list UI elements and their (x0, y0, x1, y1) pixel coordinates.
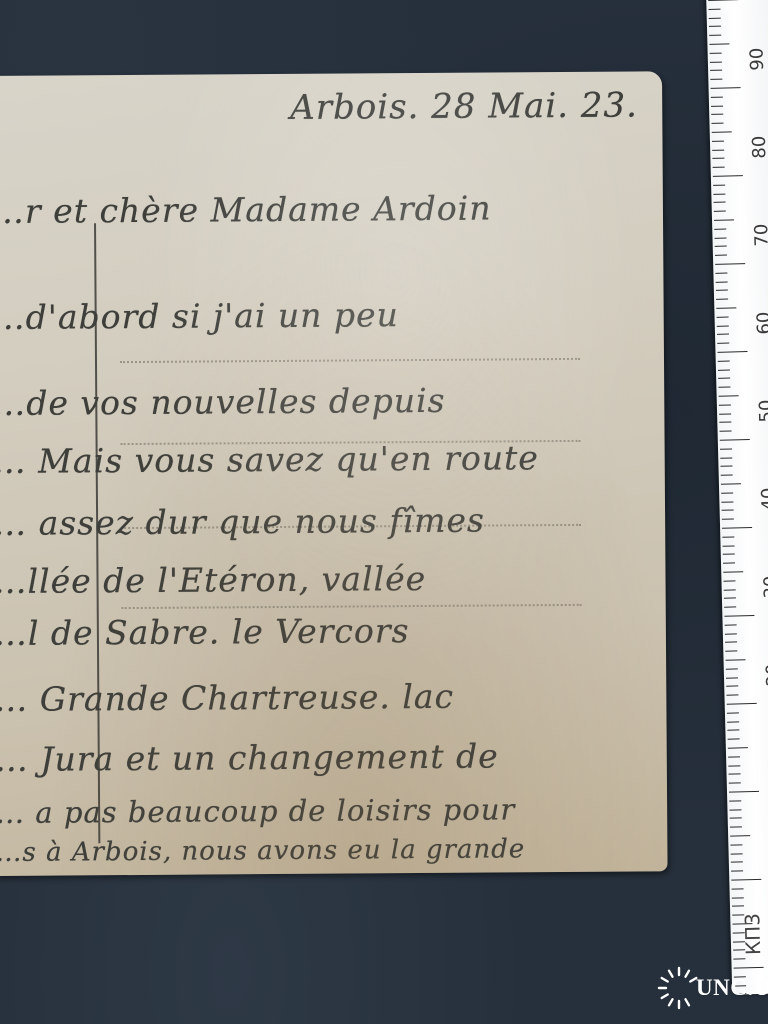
postcard-line: … a pas beaucoup de loisirs pour (0, 792, 515, 830)
ruler-tick (716, 307, 736, 309)
ruler-tick (726, 659, 746, 661)
ruler-tick (714, 211, 726, 212)
postcard-line: … Grande Chartreuse. lac (0, 677, 454, 719)
ruler-tick (726, 686, 738, 687)
ruler-tick (723, 571, 743, 573)
ruler-tick (720, 457, 732, 458)
ruler-tick (721, 483, 741, 485)
ruler-tick (729, 774, 741, 775)
ruler-label-90: 90 (746, 47, 768, 70)
ruler-tick (727, 721, 739, 722)
ruler-tick (710, 79, 722, 80)
ruler-tick (712, 149, 724, 150)
ruler-tick (723, 545, 735, 546)
ruler-tick (722, 536, 734, 537)
address-guide-line (122, 604, 582, 609)
ruler-tick (723, 554, 735, 555)
ruler-tick (717, 351, 747, 353)
ruler-tick (724, 598, 736, 599)
ruler-tick (728, 747, 748, 749)
ruler-tick (718, 360, 730, 361)
ruler-tick (719, 404, 731, 405)
ruler-tick (731, 862, 743, 863)
ruler-label-70: 70 (751, 223, 768, 246)
ruler-tick (711, 123, 723, 124)
ruler-tick (720, 448, 732, 449)
ruler-tick (727, 703, 757, 705)
ruler-tick (715, 255, 727, 256)
ruler-tick (716, 281, 728, 282)
ruler-tick (721, 492, 733, 493)
ruler-tick (718, 387, 730, 388)
ruler-tick (731, 879, 761, 881)
ruler-tick (732, 888, 744, 889)
ruler-tick (732, 906, 744, 907)
ruler-tick (715, 272, 727, 273)
ruler-tick (730, 827, 742, 828)
postcard-date-header: Arbois. 28 Mai. 23. (290, 85, 638, 127)
postcard-line: … Mais vous savez qu'en route (0, 438, 539, 481)
ruler-label-20: 20 (763, 663, 768, 686)
ruler-tick (728, 739, 740, 740)
ruler-tick (722, 510, 734, 511)
ruler-tick (709, 35, 721, 36)
ruler-label-40: 40 (758, 487, 768, 510)
site-watermark: UNC.UA (656, 966, 768, 1010)
ruler-tick (712, 140, 724, 141)
ruler-tick (730, 818, 742, 819)
ruler-brand-logo: КП3 (740, 914, 768, 955)
ruler-tick (711, 105, 723, 106)
ruler-tick (723, 580, 735, 581)
ruler-tick (725, 642, 737, 643)
ruler-tick (709, 43, 729, 45)
postcard-line: … Jura et un changement de (0, 736, 499, 779)
ruler-tick (733, 958, 745, 959)
ruler-tick (719, 395, 739, 397)
ruler-tick (724, 607, 736, 608)
ruler-tick (732, 897, 744, 898)
ruler-tick (711, 114, 723, 115)
ruler-tick (721, 475, 733, 476)
ruler-tick (731, 871, 743, 872)
ruler-tick (725, 624, 737, 625)
ruler-tick (709, 26, 721, 27)
ruler-tick (710, 61, 722, 62)
ruler-tick (713, 184, 725, 185)
ruler-tick (718, 369, 730, 370)
ruler-tick (725, 651, 737, 652)
ruler-tick (714, 228, 726, 229)
ruler-tick (713, 167, 725, 168)
measuring-ruler: 90 80 70 60 50 40 30 20 КП3 (706, 0, 768, 995)
ruler-tick (728, 756, 740, 757)
ruler-tick (716, 299, 728, 300)
ruler-tick (710, 70, 722, 71)
ruler-tick (727, 712, 739, 713)
ruler-tick (714, 202, 726, 203)
ruler-tick (716, 290, 728, 291)
ruler-tick (726, 668, 738, 669)
watermark-text: UNC.UA (696, 975, 768, 1001)
ruler-tick (721, 501, 733, 502)
ruler-tick (718, 378, 730, 379)
ruler-tick (722, 527, 752, 529)
ruler-label-80: 80 (749, 135, 768, 158)
postcard-line: …s à Arbois, nous avons eu la grande (0, 834, 525, 868)
postcard-line-salutation: …r et chère Madame Ardoin (0, 189, 492, 231)
ruler-label-30: 30 (760, 575, 768, 598)
ruler-tick (717, 334, 729, 335)
ruler-tick (729, 800, 741, 801)
ruler-tick (731, 853, 743, 854)
ruler-tick (730, 844, 742, 845)
ruler-tick (709, 17, 721, 18)
ruler-tick (714, 237, 726, 238)
ruler-tick (715, 263, 745, 265)
ruler-tick (729, 791, 759, 793)
ruler-tick (727, 730, 739, 731)
ruler-tick (726, 677, 738, 678)
ruler-tick (729, 783, 741, 784)
ruler-tick (711, 96, 723, 97)
ruler-tick (712, 131, 732, 133)
postcard-line: …l de Sabre. le Vercors (0, 611, 410, 653)
ruler-tick (729, 809, 741, 810)
ruler-tick (724, 615, 754, 617)
ruler-tick (712, 158, 724, 159)
ruler-tick (719, 413, 731, 414)
ruler-tick (720, 439, 750, 441)
ruler-tick (714, 219, 734, 221)
ruler-label-50: 50 (756, 399, 768, 422)
postcard-line: …d'abord si j'ai un peu (0, 295, 399, 337)
ruler-tick (717, 325, 729, 326)
ruler-tick (713, 193, 725, 194)
ruler-tick (723, 563, 735, 564)
ruler-tick (717, 316, 729, 317)
ruler-tick (710, 52, 722, 53)
ruler-tick (720, 431, 732, 432)
ruler-tick (708, 0, 738, 1)
ruler-label-60: 60 (753, 311, 768, 334)
ruler-tick (725, 633, 737, 634)
ruler-tick (722, 519, 734, 520)
ruler-tick (717, 343, 729, 344)
ruler-tick (730, 835, 750, 837)
ruler-tick (715, 246, 727, 247)
ruler-tick (728, 765, 740, 766)
postcard-line: …de vos nouvelles depuis (0, 381, 446, 423)
ruler-tick (708, 8, 720, 9)
ruler-tick (711, 87, 741, 89)
ruler-tick (713, 175, 743, 177)
address-guide-line (120, 358, 580, 363)
handwritten-postcard: Arbois. 28 Mai. 23. …r et chère Madame A… (0, 71, 668, 876)
ruler-tick (720, 466, 732, 467)
ruler-tick (719, 422, 731, 423)
postcard-line: … assez dur que nous fîmes (0, 501, 485, 543)
ruler-tick (726, 695, 738, 696)
postcard-line: …llée de l'Etéron, vallée (0, 559, 426, 601)
ruler-tick (724, 589, 736, 590)
